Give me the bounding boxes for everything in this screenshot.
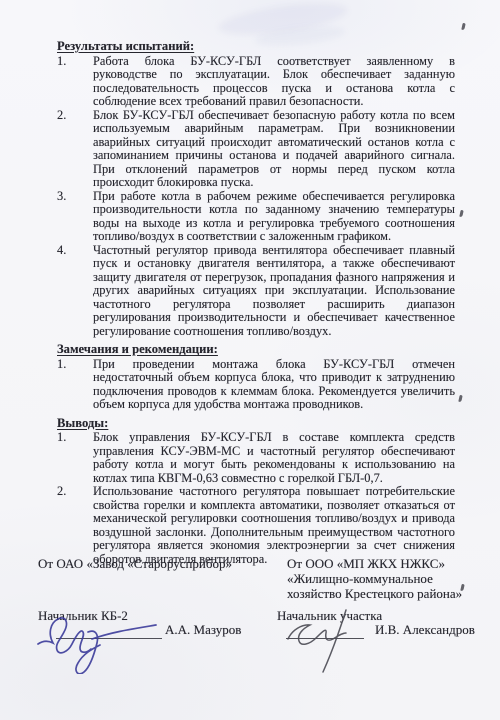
scan-bleed-artifact — [217, 0, 349, 41]
company-right-line: хозяйство Крестецкого района» — [287, 586, 477, 601]
scan-mark — [458, 395, 462, 402]
section-remarks-recommendations: Замечания и рекомендации: 1. При проведе… — [57, 343, 455, 412]
item-text: Блок управления БУ-КСУ-ГБЛ в составе ком… — [93, 431, 455, 485]
list-item: 4. Частотный регулятор привода вентилято… — [57, 244, 455, 339]
list-item: 1. Блок управления БУ-КСУ-ГБЛ в составе … — [57, 431, 455, 485]
item-number: 2. — [57, 109, 93, 190]
role-title-right: Начальник участка — [277, 608, 382, 623]
section-conclusions: Выводы: 1. Блок управления БУ-КСУ-ГБЛ в … — [57, 417, 455, 567]
list-item: 2. Блок БУ-КСУ-ГБЛ обеспечивает безопасн… — [57, 109, 455, 190]
list-item: 2. Использование частотного регулятора п… — [57, 485, 455, 566]
document-body: Результаты испытаний: 1. Работа блока БУ… — [57, 40, 455, 566]
item-text: Блок БУ-КСУ-ГБЛ обеспечивает безопасную … — [93, 109, 455, 190]
section-heading: Замечания и рекомендации: — [57, 343, 455, 357]
signature-name-right: И.В. Александров — [375, 622, 475, 637]
scan-mark — [459, 210, 463, 217]
company-right-line: «Жилищно-коммунальное — [287, 571, 477, 586]
item-text: Работа блока БУ-КСУ-ГБЛ соответствует за… — [93, 55, 455, 109]
company-right-line: От ООО «МП ЖКХ НЖКС» — [287, 556, 477, 571]
signature-line-right — [286, 638, 364, 639]
item-number: 1. — [57, 431, 93, 485]
item-text: Частотный регулятор привода вентилятора … — [93, 244, 455, 339]
role-title-left: Начальник КБ-2 — [38, 608, 128, 623]
item-number: 4. — [57, 244, 93, 339]
item-text: Использование частотного регулятора повы… — [93, 485, 455, 566]
item-number: 3. — [57, 190, 93, 244]
item-number: 1. — [57, 55, 93, 109]
section-heading: Выводы: — [57, 417, 455, 431]
signature-name-left: А.А. Мазуров — [165, 622, 241, 637]
scan-mark — [461, 23, 465, 30]
item-text: При работе котла в рабочем режиме обеспе… — [93, 190, 455, 244]
signature-line-left — [56, 638, 162, 639]
company-name-right: От ООО «МП ЖКХ НЖКС» «Жилищно-коммунальн… — [287, 556, 477, 601]
item-number: 2. — [57, 485, 93, 566]
list-item: 1. При проведении монтажа блока БУ-КСУ-Г… — [57, 358, 455, 412]
section-test-results: Результаты испытаний: 1. Работа блока БУ… — [57, 40, 455, 338]
section-heading: Результаты испытаний: — [57, 40, 455, 54]
company-name-left: От ОАО «Завод «Старорусприбор» — [38, 556, 232, 571]
list-item: 1. Работа блока БУ-КСУ-ГБЛ соответствует… — [57, 55, 455, 109]
item-text: При проведении монтажа блока БУ-КСУ-ГБЛ … — [93, 358, 455, 412]
item-number: 1. — [57, 358, 93, 412]
list-item: 3. При работе котла в рабочем режиме обе… — [57, 190, 455, 244]
scanned-document-page: Результаты испытаний: 1. Работа блока БУ… — [0, 0, 500, 720]
